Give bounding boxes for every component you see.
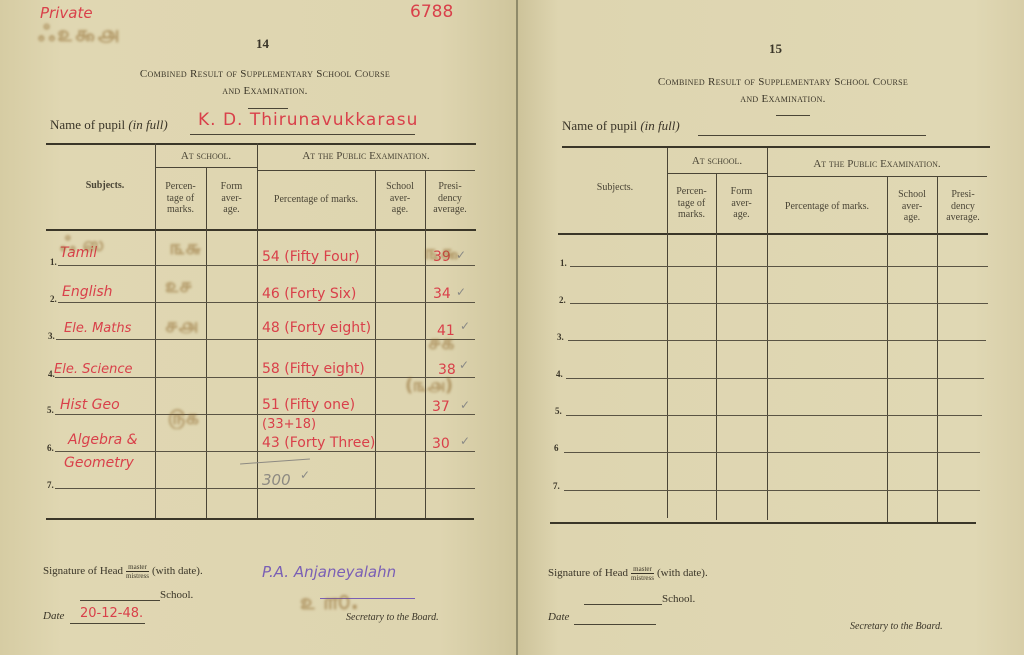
date-label: Date xyxy=(43,610,64,622)
exam-pct-cell: 46 (Forty Six) xyxy=(262,286,356,302)
secretary-label: Secretary to the Board. xyxy=(850,621,943,632)
row-rule xyxy=(58,302,475,303)
ink-bleed-stain: ௩௯ xyxy=(425,240,459,267)
presidency-avg-cell: 37 xyxy=(432,399,450,415)
row-number: 3. xyxy=(557,332,564,342)
col-divider xyxy=(716,173,717,520)
header-subjects: Subjects. xyxy=(570,182,660,194)
table-bottom-rule xyxy=(550,522,976,524)
school-line xyxy=(584,604,662,605)
secretary-signature: P.A. Anjaneyalahn xyxy=(262,563,396,581)
header-bottom-rule xyxy=(46,229,476,231)
presidency-avg-cell: 30 xyxy=(432,436,450,452)
row-number: 7. xyxy=(47,480,54,490)
exam-breakdown-note: (33+18) xyxy=(262,417,316,432)
header-public-exam: At the Public Examination. xyxy=(767,159,987,171)
header-form-avg: Form aver- age. xyxy=(206,181,257,216)
page-number: 14 xyxy=(256,36,269,52)
date-value: 20-12-48. xyxy=(80,606,143,621)
col-divider xyxy=(375,170,376,518)
ink-bleed-stain: ஃ ஸ xyxy=(60,232,104,259)
public-exam-rule xyxy=(767,176,987,177)
row-rule xyxy=(56,339,475,340)
subject-cell: Hist Geo xyxy=(60,397,120,413)
row-number: 7. xyxy=(553,481,560,491)
page-number: 15 xyxy=(769,41,782,57)
head-signature-label: Signature of Headmastermistress(with dat… xyxy=(43,563,203,580)
page-title-line2: and Examination. xyxy=(60,85,470,97)
name-of-pupil-label: Name of pupil (in full) xyxy=(562,118,680,134)
pencil-total-stroke xyxy=(240,459,310,465)
row-number: 6 xyxy=(554,443,559,453)
row-number: 2. xyxy=(559,295,566,305)
page-title-line1: Combined Result of Supplementary School … xyxy=(60,68,470,80)
head-signature-label: Signature of Headmastermistress(with dat… xyxy=(548,565,708,582)
name-of-pupil-label: Name of pupil (in full) xyxy=(50,117,168,133)
school-line xyxy=(80,600,160,601)
col-divider xyxy=(887,176,888,522)
check-mark-icon: ✓ xyxy=(300,468,310,483)
date-line xyxy=(574,624,656,625)
col-divider xyxy=(206,167,207,518)
header-at-school: At school. xyxy=(155,151,257,163)
private-annotation: Private xyxy=(40,4,93,22)
header-subjects: Subjects. xyxy=(60,180,150,192)
row-rule xyxy=(566,378,984,379)
row-rule xyxy=(55,414,475,415)
ink-bleed-stain: (௩௮) xyxy=(405,375,453,398)
row-rule xyxy=(564,490,980,491)
date-label: Date xyxy=(548,611,569,623)
col-divider xyxy=(425,170,426,518)
row-rule xyxy=(564,452,980,453)
ink-bleed-stain: ௫௧ xyxy=(168,405,199,432)
header-school-avg: School aver- age. xyxy=(887,189,937,224)
row-rule xyxy=(570,303,988,304)
header-exam-pct: Percentage of marks. xyxy=(767,201,887,213)
check-mark-icon: ✓ xyxy=(460,434,470,449)
secretary-label: Secretary to the Board. xyxy=(346,612,439,623)
header-school-avg: School aver- age. xyxy=(375,181,425,216)
ink-bleed-stain: ௩௬ xyxy=(170,235,201,262)
record-number-annotation: 6788 xyxy=(410,2,453,22)
ink-bleed-stain: ஃ௨௯௮ xyxy=(38,22,121,50)
check-mark-icon: ✓ xyxy=(460,398,470,413)
school-label: School. xyxy=(662,593,695,605)
ink-bleed-stain: ௨௪ xyxy=(165,273,192,300)
check-mark-icon: ✓ xyxy=(456,285,466,300)
header-public-exam: At the Public Examination. xyxy=(257,151,475,163)
row-number: 1. xyxy=(560,258,567,268)
title-divider xyxy=(248,108,288,109)
master-mistress-fraction: mastermistress xyxy=(126,563,149,580)
header-presidency-avg: Presi- dency average. xyxy=(425,181,475,216)
left-page: Private ஃ௨௯௮ 6788 14 Combined Result of … xyxy=(0,0,517,655)
check-mark-icon: ✓ xyxy=(459,358,469,373)
header-presidency-avg: Presi- dency average. xyxy=(937,189,989,224)
subject-cell-line2: Geometry xyxy=(64,455,134,471)
row-number: 1. xyxy=(50,257,57,267)
exam-pct-cell: 54 (Fifty Four) xyxy=(262,249,360,265)
right-page: 15 Combined Result of Supplementary Scho… xyxy=(518,0,1024,655)
row-number: 5. xyxy=(47,405,54,415)
header-school-pct: Percen- tage of marks. xyxy=(155,181,206,216)
exam-pct-cell: 48 (Forty eight) xyxy=(262,320,371,336)
subject-cell: Ele. Science xyxy=(54,362,132,377)
page-title-line2: and Examination. xyxy=(598,93,968,105)
col-divider xyxy=(937,176,938,522)
check-mark-icon: ✓ xyxy=(460,319,470,334)
header-form-avg: Form aver- age. xyxy=(716,186,767,221)
header-at-school: At school. xyxy=(667,156,767,168)
exam-pct-cell: 58 (Fifty eight) xyxy=(262,361,365,377)
presidency-avg-cell: 34 xyxy=(433,286,451,302)
header-exam-pct: Percentage of marks. xyxy=(257,194,375,206)
row-rule xyxy=(55,451,475,452)
subject-cell: Ele. Maths xyxy=(64,321,131,336)
row-rule xyxy=(566,415,982,416)
subject-cell: English xyxy=(62,284,113,300)
table-top-rule xyxy=(562,146,990,148)
row-number: 5. xyxy=(555,406,562,416)
row-number: 3. xyxy=(48,331,55,341)
exam-pct-cell: 51 (Fifty one) xyxy=(262,397,355,413)
row-rule xyxy=(58,265,475,266)
row-rule xyxy=(568,340,986,341)
pupil-name-field: K. D. Thirunavukkarasu xyxy=(198,110,418,130)
date-line xyxy=(70,623,145,624)
school-label: School. xyxy=(160,589,193,601)
title-divider xyxy=(776,115,810,116)
master-mistress-fraction: mastermistress xyxy=(631,565,654,582)
at-school-rule xyxy=(667,173,767,174)
exam-pct-cell: 43 (Forty Three) xyxy=(262,435,375,451)
header-bottom-rule xyxy=(558,233,988,235)
ink-bleed-stain: ௪௮ xyxy=(165,313,198,340)
row-rule xyxy=(570,266,988,267)
table-bottom-rule xyxy=(46,518,474,520)
row-number: 2. xyxy=(50,294,57,304)
name-underline xyxy=(698,135,926,136)
page-title-line1: Combined Result of Supplementary School … xyxy=(598,76,968,88)
header-school-pct: Percen- tage of marks. xyxy=(667,186,716,221)
table-top-rule xyxy=(46,143,476,145)
pencil-total: 300 xyxy=(262,471,291,489)
row-number: 6. xyxy=(47,443,54,453)
subject-cell: Algebra & xyxy=(68,432,138,448)
name-underline xyxy=(190,134,415,135)
row-number: 4. xyxy=(556,369,563,379)
ink-bleed-stain: ௪௧ xyxy=(428,330,455,357)
public-exam-rule xyxy=(257,170,475,171)
